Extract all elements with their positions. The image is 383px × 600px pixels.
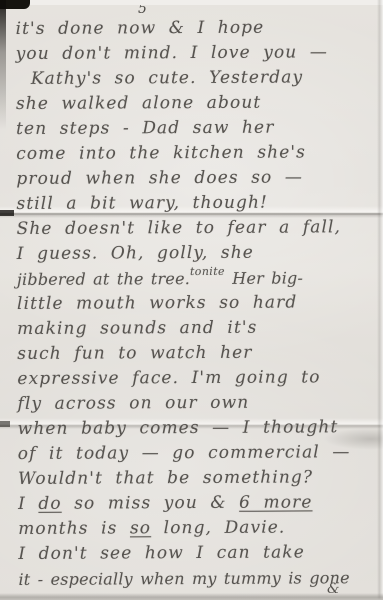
letter-line: making sounds and it's (17, 315, 377, 342)
letter-text: long, Davie. (151, 518, 285, 539)
letter-text: do (38, 494, 61, 514)
letter-text: she walked alone about (16, 93, 261, 114)
letter-text: I (18, 494, 38, 514)
letter-line: ten steps - Dad saw her (16, 115, 376, 142)
letter-text: expressive face. I'm going to (17, 367, 320, 389)
letter-line: still a bit wary, though! (16, 190, 376, 217)
letter-text: little mouth works so hard (17, 292, 297, 313)
letter-line: I do so miss you & 6 more (18, 490, 378, 517)
letter-line: it's done now & I hope (15, 15, 375, 42)
letter-line: such fun to watch her (17, 340, 377, 367)
scan-bottom-edge-shadow (0, 593, 383, 600)
letter-text: making sounds and it's (17, 318, 257, 339)
letter-text: it's done now & I hope (16, 18, 265, 39)
letter-text: jibbered at the tree. (17, 269, 190, 289)
letter-text: Her big- (225, 268, 303, 287)
letter-text: still a bit wary, though! (16, 193, 268, 214)
letter-line: little mouth works so hard (17, 290, 377, 317)
letter-line: I don't see how I can take (18, 540, 378, 567)
letter-line: Kathy's so cute. Yesterday (16, 65, 376, 92)
letter-scan: 5 it's done now & I hopeyou don't mind. … (0, 0, 383, 600)
letter-text: it - especially when my tummy is gone (18, 568, 349, 589)
letter-lines: it's done now & I hopeyou don't mind. I … (15, 15, 378, 592)
inserted-word: tonite (190, 265, 225, 278)
letter-line: come into the kitchen she's (16, 140, 376, 167)
letter-text: you don't mind. I love you — (16, 42, 328, 64)
letter-line: jibbered at the tree.tonite Her big- (17, 265, 377, 292)
letter-text: Wouldn't that be something? (18, 467, 313, 489)
letter-line: I guess. Oh, golly, she (17, 240, 377, 267)
letter-text: come into the kitchen she's (16, 142, 306, 164)
letter-line: fly across on our own (17, 390, 377, 417)
scan-left-edge-shadow (0, 0, 6, 130)
letter-line: of it today — go commercial — (18, 440, 378, 467)
letter-text: ten steps - Dad saw her (16, 118, 274, 139)
letter-line: She doesn't like to fear a fall, (17, 215, 377, 242)
letter-line: months is so long, Davie. (18, 515, 378, 542)
letter-text: months is (18, 518, 130, 539)
letter-text: when baby comes — I thought (18, 417, 339, 439)
letter-text: fly across on our own (17, 393, 249, 414)
letter-line: Wouldn't that be something? (18, 465, 378, 492)
letter-text: of it today — go commercial — (18, 442, 351, 464)
scan-top-edge (0, 0, 383, 5)
letter-line: it - especially when my tummy is gone (18, 565, 378, 592)
letter-line: she walked alone about (16, 90, 376, 117)
letter-text: I don't see how I can take (18, 542, 305, 564)
letter-line: proud when she does so — (16, 165, 376, 192)
letter-text: proud when she does so — (16, 167, 303, 189)
letter-text: so (130, 518, 151, 538)
scan-right-edge-shadow (377, 0, 383, 600)
letter-text: such fun to watch her (17, 343, 252, 364)
letter-text: I guess. Oh, golly, she (17, 243, 254, 264)
letter-line: expressive face. I'm going to (17, 365, 377, 392)
letter-line: you don't mind. I love you — (16, 40, 376, 67)
letter-text: so miss you & (62, 493, 240, 514)
letter-text: Kathy's so cute. Yesterday (31, 67, 303, 88)
letter-text: She doesn't like to fear a fall, (17, 217, 341, 239)
letter-text: 6 more (239, 492, 312, 512)
letter-line: when baby comes — I thought (18, 415, 378, 442)
